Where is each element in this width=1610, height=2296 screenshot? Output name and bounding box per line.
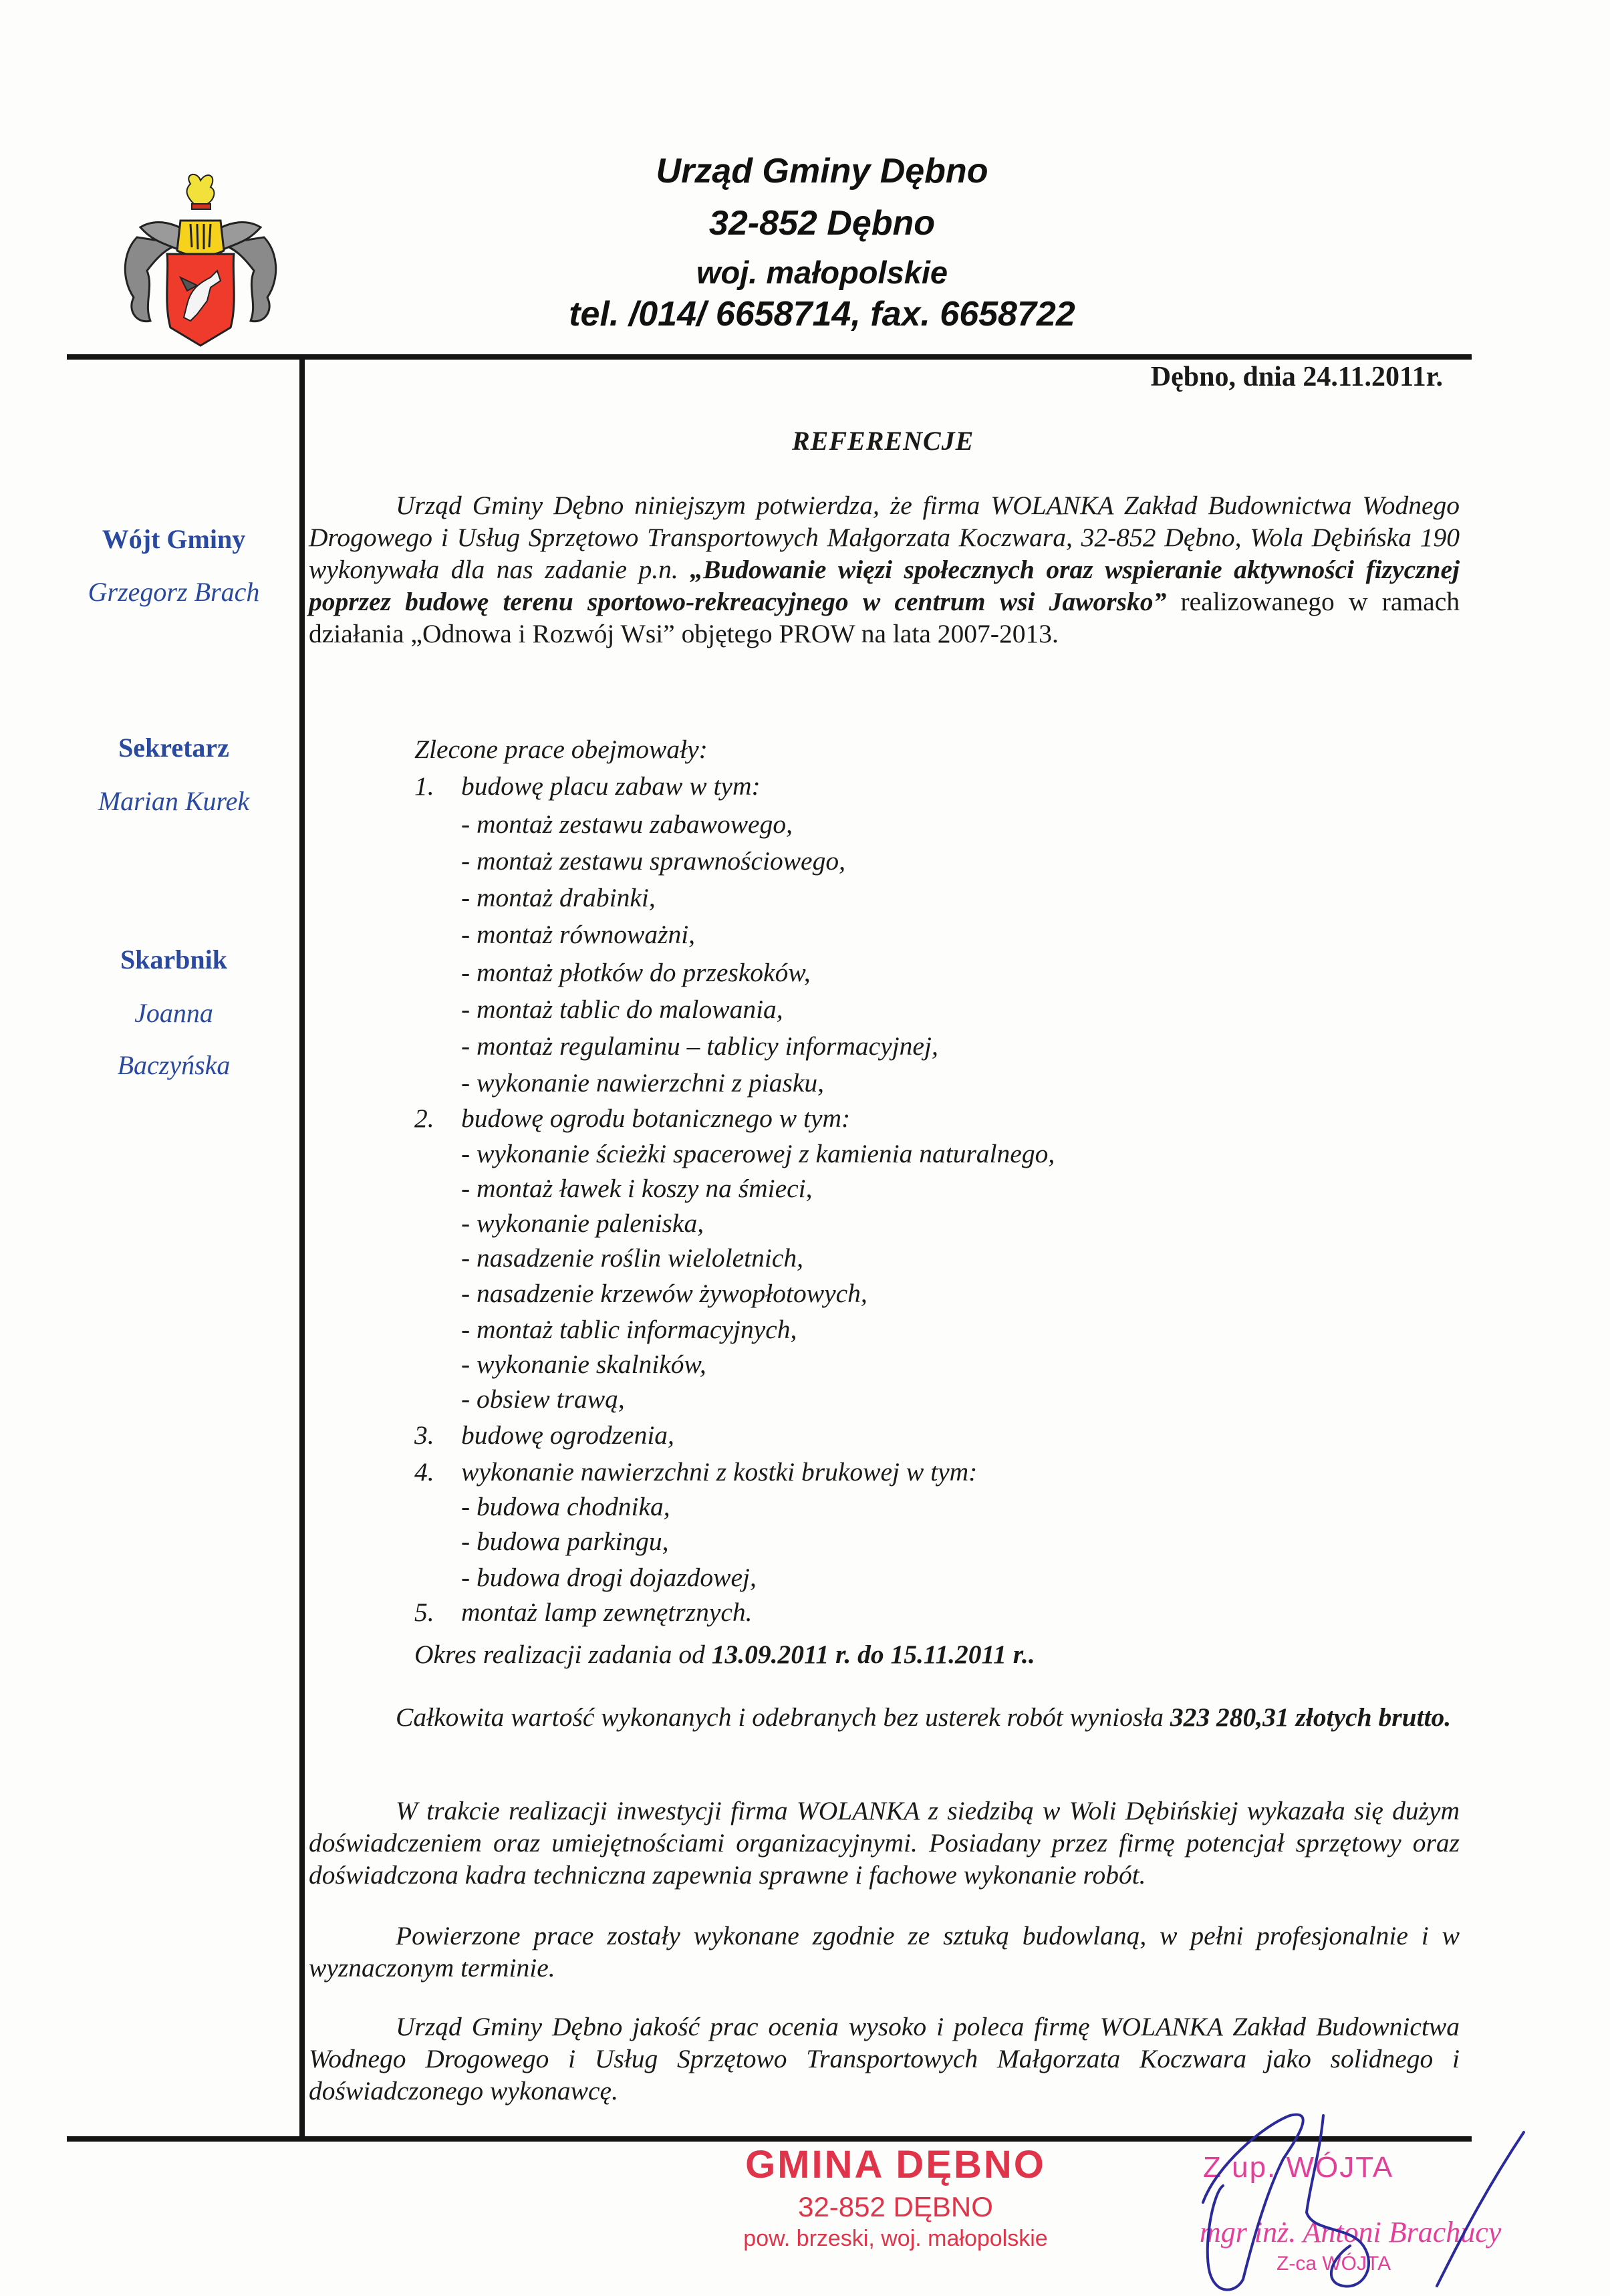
handwritten-signature-icon bbox=[1163, 2112, 1564, 2296]
value-amount: 323 280,31 złotych brutto. bbox=[1170, 1702, 1451, 1732]
works-subitem: - montaż drabinki, bbox=[461, 882, 656, 913]
works-subitem: - montaż zestawu zabawowego, bbox=[461, 809, 793, 840]
period-to: 15.11.2011 r. bbox=[890, 1640, 1028, 1669]
recommendation-text: Urząd Gminy Dębno jakość prac ocenia wys… bbox=[309, 2012, 1460, 2106]
works-item-number: 3. bbox=[414, 1420, 434, 1450]
works-subitem: - montaż płotków do przeskoków, bbox=[461, 957, 811, 988]
period-line: Okres realizacji zadania od 13.09.2011 r… bbox=[414, 1639, 1035, 1670]
works-item-text: montaż lamp zewnętrznych. bbox=[461, 1597, 753, 1628]
works-subitem: - budowa parkingu, bbox=[461, 1526, 669, 1557]
quality-text: Powierzone prace zostały wykonane zgodni… bbox=[309, 1921, 1460, 1983]
works-subitem: - nasadzenie roślin wieloletnich, bbox=[461, 1243, 803, 1273]
works-item-text: budowę placu zabaw w tym: bbox=[461, 771, 761, 801]
letter-date: Dębno, dnia 24.11.2011r. bbox=[1151, 361, 1443, 393]
value-paragraph: Całkowita wartość wykonanych i odebranyc… bbox=[309, 1701, 1460, 1733]
value-lead: Całkowita wartość wykonanych i odebranyc… bbox=[396, 1702, 1170, 1732]
header-rule bbox=[67, 354, 1472, 360]
letterhead-contact: tel. /014/ 6658714, fax. 6658722 bbox=[548, 294, 1096, 334]
sidebar-name-mayor: Grzegorz Brach bbox=[53, 576, 294, 608]
period-mid: do bbox=[851, 1640, 890, 1669]
works-item-number: 2. bbox=[414, 1103, 434, 1134]
works-subitem: - montaż tablic informacyjnych, bbox=[461, 1314, 797, 1345]
works-subitem: - montaż regulaminu – tablicy informacyj… bbox=[461, 1031, 938, 1061]
works-item-text: wykonanie nawierzchni z kostki brukowej … bbox=[461, 1456, 977, 1487]
works-subitem: - obsiew trawą, bbox=[461, 1384, 625, 1414]
intro-paragraph: Urząd Gminy Dębno niniejszym potwierdza,… bbox=[309, 489, 1460, 650]
works-item-number: 4. bbox=[414, 1456, 434, 1487]
letterhead-postal-address: 32-852 Dębno bbox=[548, 203, 1096, 243]
sidebar-name-secretary: Marian Kurek bbox=[53, 785, 294, 817]
works-subitem: - wykonanie nawierzchni z piasku, bbox=[461, 1067, 824, 1098]
works-subitem: - montaż tablic do malowania, bbox=[461, 994, 783, 1025]
works-item-number: 1. bbox=[414, 771, 434, 801]
sidebar-role-secretary: Sekretarz bbox=[53, 732, 294, 763]
sidebar-name-treasurer-first: Joanna bbox=[53, 997, 294, 1029]
sidebar-name-treasurer-last: Baczyńska bbox=[53, 1049, 294, 1081]
coat-of-arms-icon bbox=[117, 170, 284, 348]
office-stamp-region: pow. brzeski, woj. małopolskie bbox=[708, 2226, 1083, 2252]
assessment-paragraph: W trakcie realizacji inwestycji firma WO… bbox=[309, 1795, 1460, 1891]
works-item-text: budowę ogrodu botanicznego w tym: bbox=[461, 1103, 850, 1134]
works-subitem: - budowa drogi dojazdowej, bbox=[461, 1562, 757, 1593]
period-end: . bbox=[1029, 1640, 1035, 1669]
works-subitem: - budowa chodnika, bbox=[461, 1491, 670, 1522]
works-heading: Zlecone prace obejmowały: bbox=[414, 734, 708, 765]
office-stamp-postal: 32-852 DĘBNO bbox=[708, 2191, 1083, 2223]
works-subitem: - wykonanie skalników, bbox=[461, 1349, 706, 1380]
works-subitem: - nasadzenie krzewów żywopłotowych, bbox=[461, 1278, 867, 1309]
works-subitem: - montaż równoważni, bbox=[461, 919, 695, 950]
works-subitem: - montaż ławek i koszy na śmieci, bbox=[461, 1173, 812, 1204]
office-stamp-name: GMINA DĘBNO bbox=[708, 2142, 1083, 2187]
sidebar-role-mayor: Wójt Gminy bbox=[53, 523, 294, 555]
works-item-text: budowę ogrodzenia, bbox=[461, 1420, 674, 1450]
sidebar-divider bbox=[299, 360, 305, 2136]
works-subitem: - wykonanie paleniska, bbox=[461, 1208, 704, 1239]
recommendation-paragraph: Urząd Gminy Dębno jakość prac ocenia wys… bbox=[309, 2011, 1460, 2107]
works-item-number: 5. bbox=[414, 1597, 434, 1628]
quality-paragraph: Powierzone prace zostały wykonane zgodni… bbox=[309, 1920, 1460, 1984]
letter-title: REFERENCJE bbox=[792, 425, 974, 457]
letterhead-region: woj. małopolskie bbox=[548, 254, 1096, 291]
works-subitem: - wykonanie ścieżki spacerowej z kamieni… bbox=[461, 1138, 1055, 1169]
works-subitem: - montaż zestawu sprawnościowego, bbox=[461, 846, 845, 876]
period-lead: Okres realizacji zadania od bbox=[414, 1640, 712, 1669]
assessment-text: W trakcie realizacji inwestycji firma WO… bbox=[309, 1796, 1460, 1890]
period-from: 13.09.2011 r. bbox=[712, 1640, 851, 1669]
sidebar-role-treasurer: Skarbnik bbox=[53, 944, 294, 975]
letterhead-office-name: Urząd Gminy Dębno bbox=[548, 151, 1096, 191]
